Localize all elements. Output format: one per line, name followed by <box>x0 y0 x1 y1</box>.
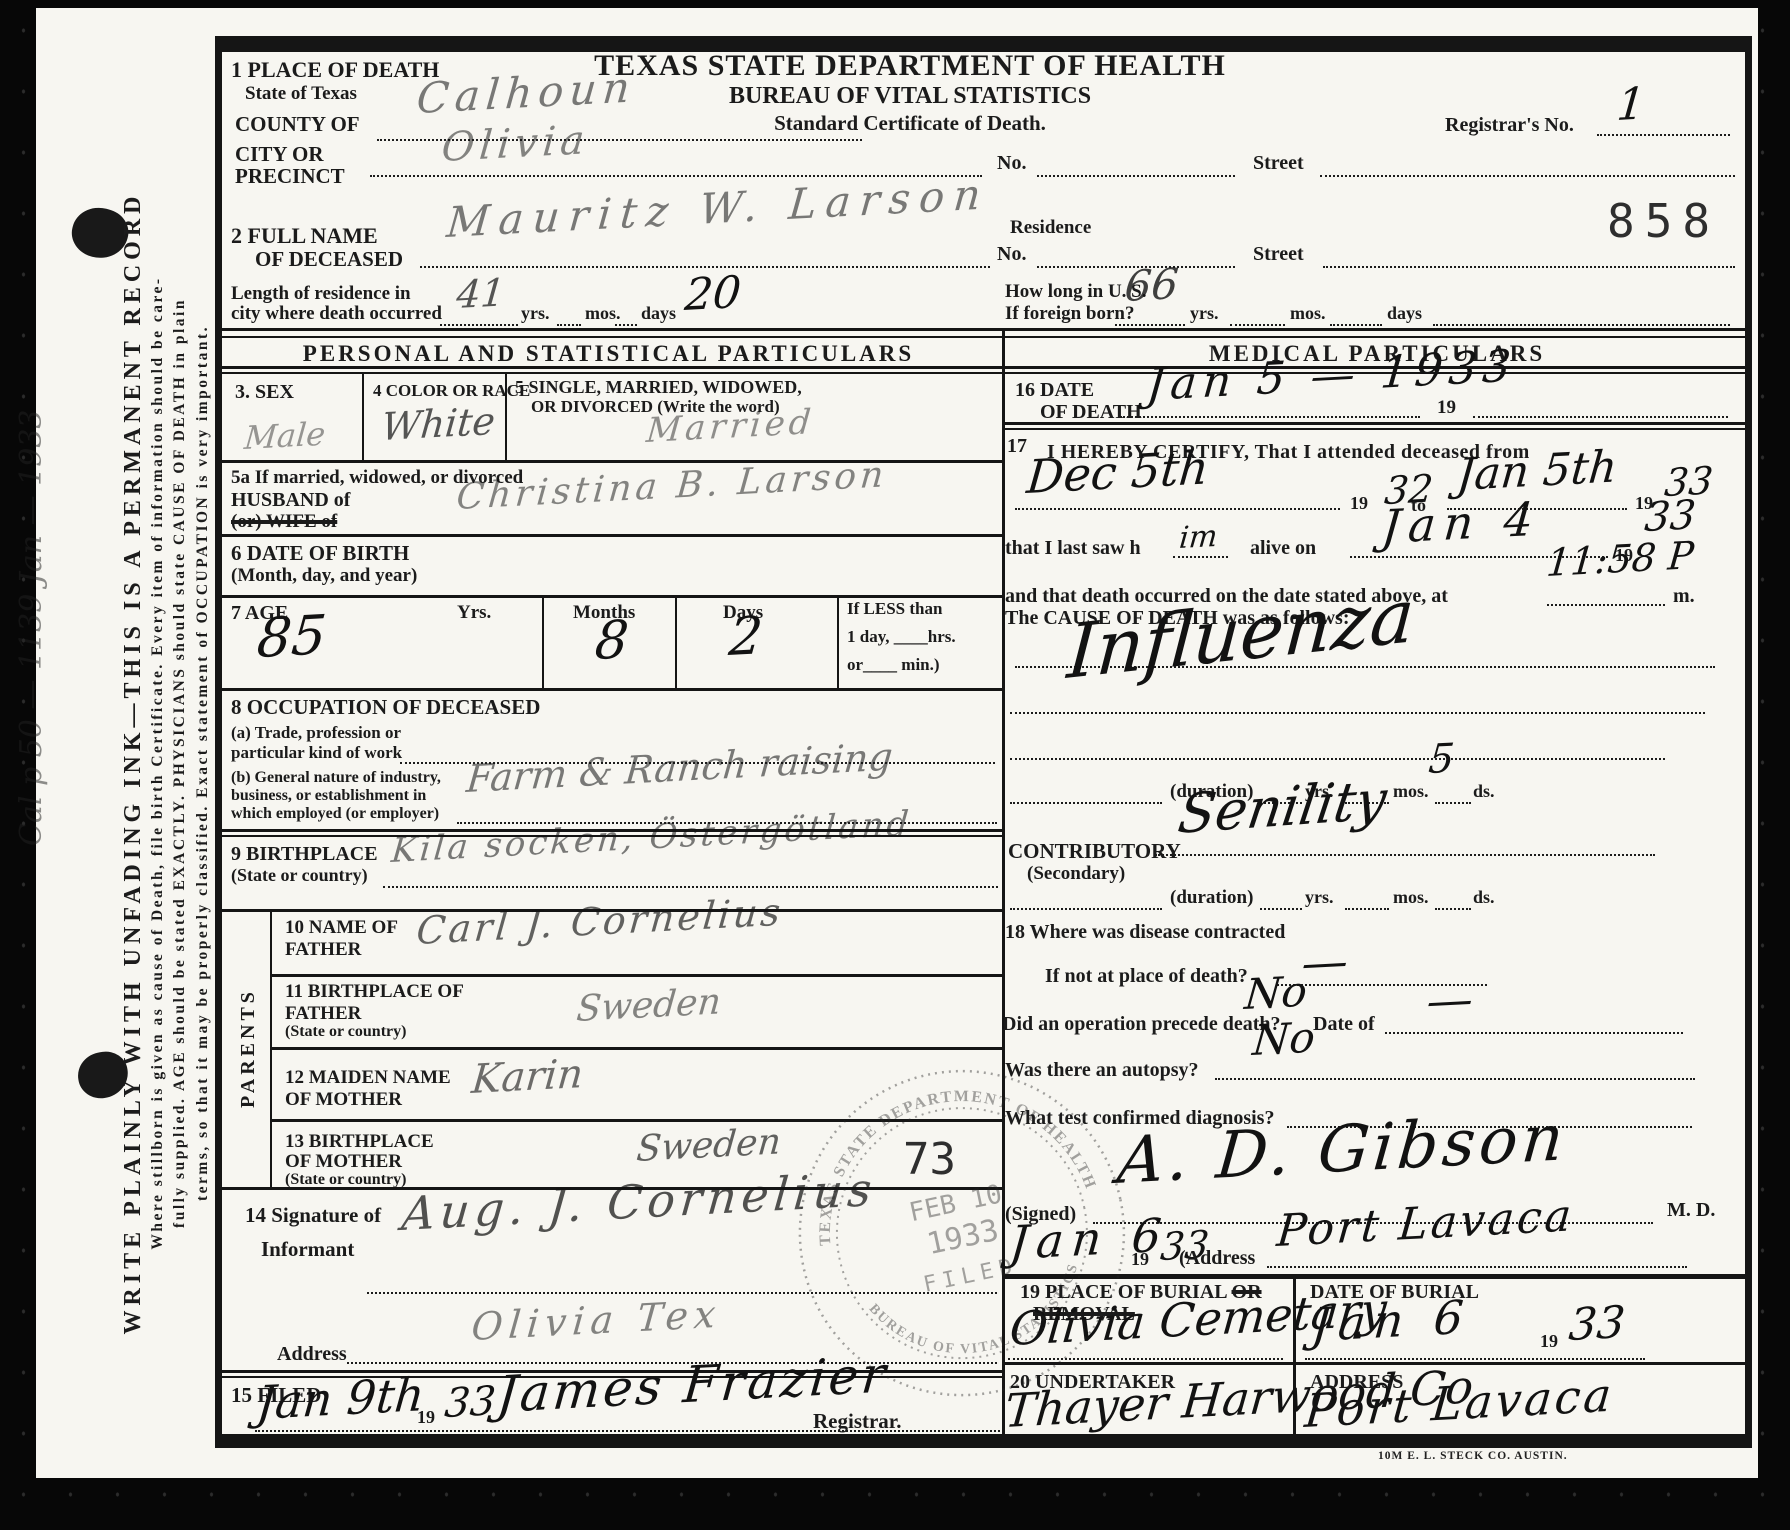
filed-line <box>255 1430 1000 1432</box>
field1-label: 1 PLACE OF DEATH <box>231 58 439 81</box>
dur2-line0 <box>1010 908 1162 910</box>
margin-instructions: WRITE PLAINLY WITH UNFADING INK—THIS IS … <box>120 64 216 1462</box>
contributory-value: Senility <box>1175 773 1390 842</box>
band-rule-bot1 <box>215 366 1752 369</box>
sex-label: 3. SEX <box>235 382 294 403</box>
length-label-line1: Length of residence in <box>231 284 411 304</box>
margin-handwritten-annotation: Cal p 50 — 1139 Jan — 1933 <box>14 256 49 846</box>
margin-note-line1: Where stillborn is given as cause of Dea… <box>147 64 169 1462</box>
occupation-b-line3: which employed (or employer) <box>231 806 439 823</box>
race-cell-divider <box>505 374 507 460</box>
sign-address-value: Port Lavaca <box>1275 1194 1576 1254</box>
registrar-no-value: 1 <box>1615 82 1647 128</box>
father-name-label2: FATHER <box>285 940 361 960</box>
birthplace-sublabel: (State or country) <box>231 866 368 885</box>
operation-label: Did an operation precede death? <box>1002 1014 1281 1035</box>
attended-to-value: Jan 5th <box>1455 445 1619 498</box>
us-mos-line <box>1230 324 1285 326</box>
us-mos-label: mos. <box>1290 304 1326 323</box>
parents-rule1 <box>270 974 1002 977</box>
saw-date-value: Jan 4 <box>1380 495 1543 550</box>
sign-address-line <box>1267 1266 1687 1268</box>
margin-note-line2: fully supplied. AGE should be stated EXA… <box>169 64 191 1462</box>
duration1-ds: ds. <box>1473 782 1495 801</box>
row-rule-6-top <box>215 534 1002 537</box>
cause-line2 <box>1010 712 1705 714</box>
us-length-label-line2: If foreign born? <box>1005 304 1134 324</box>
field17-number: 17 <box>1007 436 1027 457</box>
burial-19-label: 19 <box>1540 1332 1558 1351</box>
margin-headline: WRITE PLAINLY WITH UNFADING INK—THIS IS … <box>120 64 147 1462</box>
informant-label2: Informant <box>261 1238 354 1260</box>
dur1-line3 <box>1435 802 1471 804</box>
band-rule-bot2 <box>215 372 1752 374</box>
informant-address-value: Olivia Tex <box>470 1295 723 1346</box>
dod-label1: 16 DATE <box>1015 380 1094 401</box>
last-saw-text: that I last saw h <box>1005 538 1141 559</box>
duration1-mos: mos. <box>1393 782 1429 801</box>
fullname-line <box>420 266 990 268</box>
birthplace-value: Kila socken, Östergötland <box>390 807 913 868</box>
duration2-ds: ds. <box>1473 888 1495 907</box>
marital-label-line1: 5 SINGLE, MARRIED, WIDOWED, <box>515 378 802 397</box>
dod-line1 <box>1120 416 1420 418</box>
attended-from-value: Dec 5th <box>1025 444 1211 500</box>
mother-bp-label2: OF MOTHER <box>285 1152 402 1172</box>
dob-label: 6 DATE OF BIRTH <box>231 542 409 564</box>
field18-label: 18 Where was disease contracted <box>1005 922 1285 943</box>
title-line2: BUREAU OF VITAL STATISTICS <box>565 84 1255 109</box>
band-personal: PERSONAL AND STATISTICAL PARTICULARS <box>215 342 1002 366</box>
father-bp-value: Sweden <box>575 984 722 1028</box>
dur2-line2 <box>1345 908 1389 910</box>
certificate-form: 1 PLACE OF DEATH State of Texas TEXAS ST… <box>215 36 1752 1448</box>
scanned-death-certificate: Cal p 50 — 1139 Jan — 1933 WRITE PLAINLY… <box>0 0 1790 1530</box>
dod-label2: OF DEATH <box>1040 402 1142 423</box>
us-yrs-label: yrs. <box>1190 304 1219 323</box>
title-line1: TEXAS STATE DEPARTMENT OF HEALTH <box>565 50 1255 82</box>
dur1-line0 <box>1010 802 1162 804</box>
rule-16-bottom2 <box>1002 428 1752 430</box>
form-border-left <box>215 36 222 1448</box>
occupation-value: Farm & Ranch raising <box>465 737 894 798</box>
us-days-label: days <box>1387 304 1422 323</box>
filed-yy-value: 33 <box>443 1381 497 1424</box>
occupation-label: 8 OCCUPATION OF DECEASED <box>231 696 540 718</box>
us-days-line2 <box>1433 324 1730 326</box>
age-yrs-label: Yrs. <box>457 603 491 623</box>
duration2-mos: mos. <box>1393 888 1429 907</box>
age-less-line1: If LESS than <box>847 600 942 618</box>
operation-value2: No <box>1251 1017 1317 1062</box>
mother-name-value: Karin <box>470 1054 585 1100</box>
age-days-value: 2 <box>727 610 765 664</box>
death-time-value: 11:58 P <box>1545 536 1695 582</box>
age-less-line2: 1 day, ____hrs. <box>847 628 956 646</box>
race-value: White <box>380 402 497 446</box>
length-days-value: 20 <box>683 271 743 318</box>
dur2-line3 <box>1435 908 1471 910</box>
filed-date-value: Jan 9th <box>255 1371 426 1426</box>
age-cell-div1 <box>542 598 544 688</box>
undertaker-address-value: Port Lavaca <box>1303 1372 1616 1434</box>
marital-value: Married <box>645 405 816 448</box>
round-filing-stamp: TEXAS STATE DEPARTMENT OF HEALTH BUREAU … <box>758 1029 1167 1438</box>
us-yrs-line <box>1115 324 1185 326</box>
cause-duration-mos-value: 5 <box>1427 738 1456 780</box>
cause-line3 <box>1010 758 1665 760</box>
city-no-label: No. <box>997 153 1026 174</box>
city-label-line2: PRECINCT <box>235 165 345 187</box>
date-of-value: — <box>1425 975 1475 1024</box>
residence-street-line <box>1323 266 1735 268</box>
dur2-line1 <box>1260 908 1302 910</box>
time-line <box>1547 604 1665 606</box>
row-rule-8-top <box>215 688 1002 691</box>
title-line3: Standard Certificate of Death. <box>565 112 1255 134</box>
parents-vertical-label: PARENTS <box>237 926 260 1170</box>
parents-rule2 <box>270 1047 1002 1050</box>
mother-bp-value: Sweden <box>635 1124 782 1168</box>
certificate-number-stamp: 858 <box>1607 194 1720 248</box>
county-value: Calhoun <box>415 66 637 120</box>
mother-name-label1: 12 MAIDEN NAME <box>285 1068 451 1088</box>
age-cell-div3 <box>837 598 839 688</box>
age-months-value: 8 <box>593 614 631 668</box>
occupation-a-line1: (a) Trade, profession or <box>231 724 401 742</box>
m-label: m. <box>1673 586 1695 607</box>
registrar-no-line <box>1597 134 1730 136</box>
burial-yy-value: 33 <box>1567 1301 1627 1348</box>
operation-value1: No <box>1243 971 1309 1016</box>
occupation-b-line1: (b) General nature of industry, <box>231 770 441 787</box>
length-yrs-line <box>440 324 518 326</box>
registrar-no-label: Registrar's No. <box>1445 115 1574 136</box>
city-street-label: Street <box>1253 153 1304 174</box>
band-rule-top2 <box>215 336 1752 338</box>
printer-credit: 10M E. L. STECK CO. AUSTIN. <box>1378 1450 1568 1462</box>
father-name-value: Carl J. Cornelius <box>415 893 785 950</box>
fullname-label-line2: OF DECEASED <box>255 248 403 270</box>
form-border-bottom <box>215 1434 1752 1448</box>
informant-label1: 14 Signature of <box>245 1204 381 1226</box>
wife-of-label-struck: (or) WIFE of <box>231 512 337 532</box>
residence-street-label: Street <box>1253 244 1304 265</box>
us-yrs-value: 66 <box>1123 263 1180 308</box>
length-days-label: days <box>641 304 676 323</box>
secondary-label: (Secondary) <box>1027 864 1125 884</box>
age-cell-div2 <box>675 598 677 688</box>
occupation-b-line2: business, or establishment in <box>231 788 426 805</box>
length-mos-label: mos. <box>585 304 621 323</box>
state-of-texas-label: State of Texas <box>245 84 357 104</box>
filed-19-label: 19 <box>417 1408 435 1427</box>
contributory-line <box>1155 854 1655 856</box>
city-label-line1: CITY OR <box>235 143 323 165</box>
mother-bp-label1: 13 BIRTHPLACE <box>285 1132 434 1152</box>
md-label: M. D. <box>1667 1200 1715 1221</box>
saw-yy-value: 33 <box>1643 495 1697 538</box>
row-rule-7-top <box>215 595 1002 598</box>
length-yrs-value: 41 <box>455 273 507 314</box>
father-bp-label2: FATHER <box>285 1004 361 1024</box>
father-bp-sublabel: (State or country) <box>285 1024 406 1041</box>
alive-on-text: alive on <box>1250 538 1316 559</box>
sex-value: Male <box>243 418 327 454</box>
date-of-label: Date of <box>1313 1014 1375 1035</box>
length-days-line <box>615 324 637 326</box>
length-mos-line <box>557 324 581 326</box>
dob-sublabel: (Month, day, and year) <box>231 566 417 586</box>
him-line <box>1173 556 1228 558</box>
duration2-label: (duration) <box>1170 888 1253 908</box>
address-label: Address <box>277 1344 347 1365</box>
him-value: im <box>1178 522 1219 554</box>
county-label: COUNTY OF <box>235 113 360 135</box>
autopsy-line <box>1215 1078 1695 1080</box>
residence-label: Residence <box>1010 218 1091 238</box>
length-yrs-label: yrs. <box>521 304 550 323</box>
dod-line2 <box>1473 416 1728 418</box>
birthplace-line <box>383 886 998 888</box>
age-yrs-value: 85 <box>255 608 328 666</box>
age-less-line3: or____ min.) <box>847 656 940 674</box>
length-label-line2: city where death occurred <box>231 304 442 324</box>
fullname-value: Mauritz W. Larson <box>445 173 991 244</box>
form-border-right <box>1745 36 1752 1448</box>
father-name-label1: 10 NAME OF <box>285 918 398 938</box>
date-of-line <box>1385 1032 1683 1034</box>
birthplace-label: 9 BIRTHPLACE <box>231 844 378 865</box>
husband-of-label: HUSBAND of <box>231 490 350 511</box>
burial-date-value: Jan 6 <box>1310 1293 1473 1348</box>
contributory-label: CONTRIBUTORY <box>1008 840 1181 862</box>
father-bp-label1: 11 BIRTHPLACE OF <box>285 982 464 1002</box>
from-19-label: 19 <box>1350 494 1368 513</box>
rule-16-bottom1 <box>1002 422 1752 425</box>
mother-name-label2: OF MOTHER <box>285 1090 402 1110</box>
sign-address-label: (Address <box>1179 1248 1255 1269</box>
fullname-label-line1: 2 FULL NAME <box>231 224 378 247</box>
city-street-line <box>1320 175 1735 177</box>
not-at-place-label: If not at place of death? <box>1045 966 1248 987</box>
from-line <box>1015 508 1340 510</box>
margin-note-line3: terms, so that it may be properly classi… <box>192 64 214 1462</box>
occupation-a-line2: particular kind of work <box>231 744 402 762</box>
duration2-yrs: yrs. <box>1305 888 1334 907</box>
city-value: Olivia <box>440 120 591 168</box>
residence-no-label: No. <box>997 244 1026 265</box>
sex-cell-divider <box>362 374 364 460</box>
city-no-line <box>1037 175 1235 177</box>
dod-19-label: 19 <box>1437 398 1456 418</box>
us-days-line <box>1330 324 1382 326</box>
band-rule-top1 <box>215 328 1752 331</box>
